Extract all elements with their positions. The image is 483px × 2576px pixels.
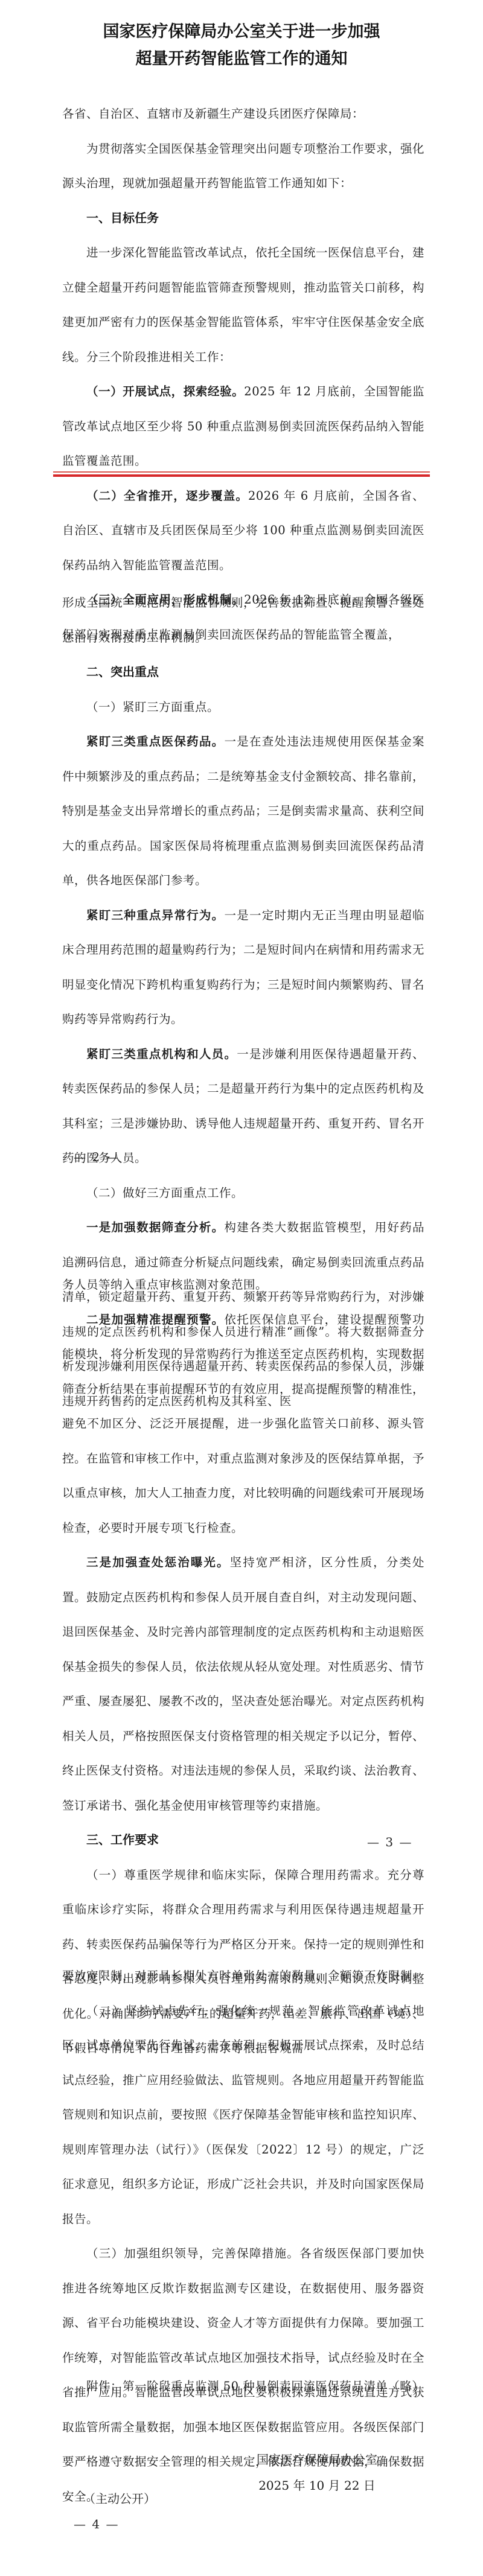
phase-1-lead: （一）开展试点，探索经验。 [86,384,244,398]
page-1-body: 各省、自治区、直辖市及新疆生产建设兵团医疗保障局： 为贯彻落实全国医保基金管理突… [62,97,424,652]
requirement-2-body: 智能监管改革试点地区、试点单位要先行先试、走在前列，积极开展试点探索，及时总结试… [62,2004,424,2226]
punishment-lead: 三是加强查处惩治曝光。 [86,1555,230,1569]
requirement-2-paragraph: （二）坚持试点先行，强化统一规范。智能监管改革试点地区、试点单位要先行先试、走在… [62,1994,424,2237]
document-title: 国家医疗保障局办公室关于进一步加强 超量开药智能监管工作的通知 [0,18,483,72]
section-2-sub-1: （一）紧盯三方面重点。 [62,690,424,725]
section-2-heading: 二、突出重点 [62,655,424,690]
red-rule-thick [53,474,430,477]
punishment-body: 坚持宽严相济，区分性质，分类处置。鼓励定点医药机构和参保人员开展自查自纠，对主动… [62,1555,424,1812]
page-number-3: — 3 — [367,1835,412,1849]
attachment-text: 附件：第一阶段重点监测 50 种易倒卖回流医保药品清单（略） [62,2369,424,2404]
requirement-1-body-continued: 要放宽限制，对开具长期处方时单张处方的数量、金额等不作限制。 [62,1959,424,1994]
intro-paragraph: 为贯彻落实全国医保基金管理突出问题专项整治工作要求，强化源头治理，现就加强超量开… [62,132,424,201]
title-line-1: 国家医疗保障局办公室关于进一步加强 [0,18,483,45]
requirement-1-lead: （一）尊重医学规律和临床实际，保障合理用药需求。 [86,1868,387,1882]
precise-warning-paragraph: 二是加强精准提醒预警。依托医保信息平台，建设提醒预警功能模块，将分析发现的异常购… [62,1302,424,1546]
precise-warning-body: 依托医保信息平台，建设提醒预警功能模块，将分析发现的异常购药行为推送至定点医药机… [62,1313,424,1535]
issue-date: 2025 年 10 月 22 日 [248,2476,386,2495]
requirement-2-lead: （二）坚持试点先行，强化统一规范。 [86,2004,308,2018]
key-institutions-body: 一是涉嫌利用医保待遇超量开药、转卖医保药品的参保人员；二是超量开药行为集中的定点… [62,1047,424,1165]
abnormal-behaviors-lead: 紧盯三种重点异常行为。 [86,908,224,922]
issuer-name: 国家医疗保障局办公室 [248,2450,386,2469]
attachment-note: 附件：第一阶段重点监测 50 种易倒卖回流医保药品清单（略） [62,2369,424,2404]
requirement-3-lead: （三）加强组织领导，完善保障措施。 [86,2246,299,2260]
key-drugs-paragraph: 紧盯三类重点医保药品。一是在查处违法违规使用医保基金案件中频繁涉及的重点药品；二… [62,724,424,898]
phase-2-paragraph: （二）全省推开，逐步覆盖。2026 年 6 月底前，全国各省、自治区、直辖市及兵… [62,479,424,583]
key-drugs-lead: 紧盯三类重点医保药品。 [86,735,224,748]
page-number-2: — 2 — [74,1150,119,1164]
section-1-heading: 一、目标任务 [62,201,424,236]
data-screening-body-continued: 务人员等纳入重点审核监测对象范围。 [62,1267,424,1302]
data-screening-lead: 一是加强数据筛查分析。 [86,1220,224,1234]
punishment-paragraph: 三是加强查处惩治曝光。坚持宽严相济，区分性质，分类处置。鼓励定点医药机构和参保人… [62,1545,424,1823]
phase-3-body-continued: 形成全国统一规范的智能监管规则，完善数据筛查、提醒预警、查处惩治有效衔接的工作机… [62,585,424,655]
key-institutions-lead: 紧盯三类重点机构和人员。 [86,1047,237,1061]
abnormal-behaviors-paragraph: 紧盯三种重点异常行为。一是一定时期内无正当理由明显超临床合理用药范围的超量购药行… [62,898,424,1037]
precise-warning-lead: 二是加强精准提醒预警。 [86,1313,224,1327]
abnormal-behaviors-body: 一是一定时期内无正当理由明显超临床合理用药范围的超量购药行为；二是短时间内在病情… [62,908,424,1027]
page-3-body: 务人员等纳入重点审核监测对象范围。 二是加强精准提醒预警。依托医保信息平台，建设… [62,1267,424,2066]
disclosure-note: （主动公开） [83,2490,162,2508]
title-line-2: 超量开药智能监管工作的通知 [0,45,483,72]
page-number-4: — 4 — [74,2517,119,2531]
section-2-sub-2: （二）做好三方面重点工作。 [62,1176,424,1211]
key-drugs-body: 一是在查处违法违规使用医保基金案件中频繁涉及的重点药品；二是统筹基金支付金额较高… [62,735,424,887]
page-4-body: 要放宽限制，对开具长期处方时单张处方的数量、金额等不作限制。 （二）坚持试点先行… [62,1959,424,2514]
phase-1-paragraph: （一）开展试点，探索经验。2025 年 12 月底前，全国智能监管改革试点地区至… [62,374,424,479]
phase-2-lead: （二）全省推开，逐步覆盖。 [86,489,248,503]
addressee: 各省、自治区、直辖市及新疆生产建设兵团医疗保障局： [62,97,424,132]
section-1-intro: 进一步深化智能监管改革试点，依托全国统一医保信息平台，建立健全超量开药问题智能监… [62,235,424,374]
red-separator-rule [53,471,430,477]
